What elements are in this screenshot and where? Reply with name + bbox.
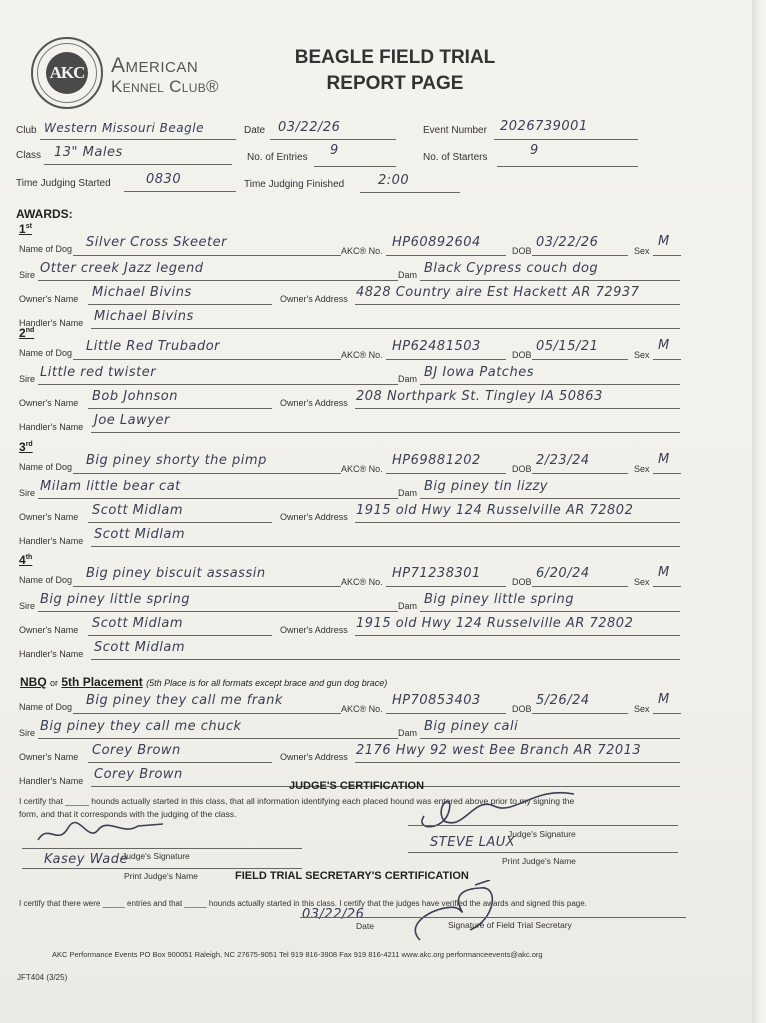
field-underline — [88, 635, 272, 636]
field-underline — [386, 255, 506, 256]
nbq-heading: NBQ or 5th Placement (5th Place is for a… — [20, 675, 387, 689]
field-underline — [73, 713, 341, 714]
place-number: 2 — [19, 326, 26, 340]
handlers-name-label: Handler's Name — [19, 649, 83, 659]
sire-label: Sire — [19, 374, 35, 384]
place-number: 1 — [19, 222, 26, 236]
owners-name-label: Owner's Name — [19, 398, 78, 408]
dog-name-field[interactable]: Big piney biscuit assassin — [86, 566, 266, 581]
handlers-name-label: Handler's Name — [19, 422, 83, 432]
placement-2-heading: 2nd — [19, 326, 34, 340]
dob-label: DOB — [512, 704, 532, 714]
dob-label: DOB — [512, 464, 532, 474]
field-underline — [653, 359, 681, 360]
field-underline — [532, 255, 628, 256]
field-underline — [38, 738, 398, 739]
handlers-name-label: Handler's Name — [19, 536, 83, 546]
owners-address-label: Owner's Address — [280, 294, 348, 304]
wordmark-line2: Kennel Club® — [111, 76, 219, 97]
owner-name-field[interactable]: Corey Brown — [92, 743, 181, 758]
field-underline — [532, 359, 628, 360]
dob-label: DOB — [512, 350, 532, 360]
judge2-signature-label: Judge's Signature — [508, 829, 576, 839]
field-underline — [88, 304, 272, 305]
field-underline — [91, 659, 680, 660]
name-of-dog-label: Name of Dog — [19, 244, 72, 254]
event-number-label: Event Number — [423, 125, 487, 136]
field-underline — [38, 498, 398, 499]
nbq-or: or — [50, 678, 58, 688]
field-underline — [386, 359, 506, 360]
field-underline — [73, 586, 341, 587]
dam-label: Dam — [398, 374, 417, 384]
fifth-placement-note: (5th Place is for all formats except bra… — [146, 678, 387, 688]
place-number: 3 — [19, 440, 26, 454]
field-underline — [386, 586, 506, 587]
dob-field[interactable]: 2/23/24 — [536, 453, 590, 468]
owner-name-field[interactable]: Scott Midlam — [92, 616, 183, 631]
secretary-date-field[interactable]: 03/22/26 — [302, 907, 364, 922]
owner-address-field[interactable]: 208 Northpark St. Tingley IA 50863 — [356, 389, 603, 404]
field-underline — [532, 473, 628, 474]
akc-no-label: AKC® No. — [341, 246, 383, 256]
field-underline — [91, 546, 680, 547]
field-underline — [420, 738, 680, 739]
handler-name-field[interactable]: Corey Brown — [94, 767, 183, 782]
nbq-title: NBQ — [20, 675, 47, 689]
field-underline — [91, 432, 680, 433]
sire-label: Sire — [19, 488, 35, 498]
owners-address-label: Owner's Address — [280, 512, 348, 522]
time-finished-field[interactable]: 2:00 — [378, 173, 409, 188]
field-underline — [355, 408, 680, 409]
entries-label: No. of Entries — [247, 152, 308, 163]
sire-field[interactable]: Otter creek Jazz legend — [40, 261, 203, 276]
entries-field[interactable]: 9 — [330, 143, 339, 158]
seal-monogram: AKC — [46, 52, 88, 94]
judge1-signature-label: Judge's Signature — [122, 851, 190, 861]
dam-label: Dam — [398, 601, 417, 611]
time-started-field[interactable]: 0830 — [146, 172, 181, 187]
dob-label: DOB — [512, 246, 532, 256]
date-label: Date — [244, 125, 265, 136]
field-underline — [386, 473, 506, 474]
sex-label: Sex — [634, 246, 650, 256]
sex-field[interactable]: M — [658, 234, 670, 249]
owner-address-field[interactable]: 4828 Country aire Est Hackett AR 72937 — [356, 285, 639, 300]
place-number: 4 — [19, 553, 26, 567]
handler-name-field[interactable]: Scott Midlam — [94, 527, 185, 542]
owner-address-field[interactable]: 1915 old Hwy 124 Russelville AR 72802 — [356, 616, 633, 631]
starters-label: No. of Starters — [423, 152, 487, 163]
field-underline — [653, 586, 681, 587]
dam-field[interactable]: Black Cypress couch dog — [424, 261, 598, 276]
handler-name-field[interactable]: Joe Lawyer — [94, 413, 170, 428]
sire-label: Sire — [19, 728, 35, 738]
field-underline — [88, 762, 272, 763]
paper-edge — [752, 0, 766, 1023]
judge1-signature[interactable] — [28, 818, 168, 848]
field-underline — [653, 255, 681, 256]
akc-no-label: AKC® No. — [341, 704, 383, 714]
field-underline — [420, 611, 680, 612]
owners-name-label: Owner's Name — [19, 294, 78, 304]
field-underline — [88, 408, 272, 409]
akc-number-field[interactable]: HP70853403 — [392, 693, 481, 708]
owners-address-label: Owner's Address — [280, 625, 348, 635]
owner-address-field[interactable]: 2176 Hwy 92 west Bee Branch AR 72013 — [356, 743, 641, 758]
dog-name-field[interactable]: Big piney they call me frank — [86, 693, 283, 708]
dog-name-field[interactable]: Silver Cross Skeeter — [86, 235, 227, 250]
sex-field[interactable]: M — [658, 565, 670, 580]
dam-label: Dam — [398, 728, 417, 738]
akc-number-field[interactable]: HP71238301 — [392, 566, 481, 581]
secretary-signature-label: Signature of Field Trial Secretary — [448, 920, 572, 930]
secretary-date-label: Date — [356, 921, 374, 931]
dob-label: DOB — [512, 577, 532, 587]
place-suffix: rd — [26, 441, 33, 448]
dob-field[interactable]: 5/26/24 — [536, 693, 590, 708]
title-line1: BEAGLE FIELD TRIAL — [250, 45, 540, 71]
sex-field[interactable]: M — [658, 452, 670, 467]
field-underline — [420, 384, 680, 385]
place-suffix: nd — [26, 327, 35, 334]
dog-name-field[interactable]: Big piney shorty the pimp — [86, 453, 267, 468]
placement-1-heading: 1st — [19, 222, 32, 236]
dob-field[interactable]: 05/15/21 — [536, 339, 598, 354]
dob-field[interactable]: 03/22/26 — [536, 235, 598, 250]
sire-field[interactable]: Big piney little spring — [40, 592, 190, 607]
akc-no-label: AKC® No. — [341, 464, 383, 474]
dam-label: Dam — [398, 488, 417, 498]
secretary-signature[interactable] — [400, 880, 530, 950]
field-underline — [420, 280, 680, 281]
field-underline — [355, 522, 680, 523]
dam-field[interactable]: Big piney cali — [424, 719, 518, 734]
name-of-dog-label: Name of Dog — [19, 702, 72, 712]
akc-number-field[interactable]: HP69881202 — [392, 453, 481, 468]
time-finished-label: Time Judging Finished — [244, 179, 344, 190]
owners-address-label: Owner's Address — [280, 398, 348, 408]
akc-no-label: AKC® No. — [341, 577, 383, 587]
dam-field[interactable]: Big piney little spring — [424, 592, 574, 607]
sire-label: Sire — [19, 270, 35, 280]
class-field[interactable]: 13" Males — [54, 145, 123, 160]
field-underline — [420, 498, 680, 499]
field-underline — [386, 713, 506, 714]
sire-field[interactable]: Milam little bear cat — [40, 479, 181, 494]
handlers-name-label: Handler's Name — [19, 776, 83, 786]
sex-label: Sex — [634, 704, 650, 714]
field-underline — [73, 473, 341, 474]
handler-name-field[interactable]: Scott Midlam — [94, 640, 185, 655]
club-label: Club — [16, 125, 37, 136]
owners-name-label: Owner's Name — [19, 625, 78, 635]
placement-3-heading: 3rd — [19, 440, 33, 454]
field-underline — [73, 255, 341, 256]
owners-name-label: Owner's Name — [19, 752, 78, 762]
owner-name-field[interactable]: Scott Midlam — [92, 503, 183, 518]
field-underline — [38, 384, 398, 385]
owner-name-field[interactable]: Bob Johnson — [92, 389, 178, 404]
sex-label: Sex — [634, 464, 650, 474]
owners-name-label: Owner's Name — [19, 512, 78, 522]
awards-heading: AWARDS: — [16, 207, 73, 221]
field-underline — [38, 611, 398, 612]
event-number-field[interactable]: 2026739001 — [500, 119, 588, 134]
field-underline — [355, 304, 680, 305]
wordmark-line1: American — [111, 55, 219, 76]
sire-field[interactable]: Little red twister — [40, 365, 156, 380]
judge1-printed-name[interactable]: Kasey Wade — [44, 852, 128, 867]
owner-address-field[interactable]: 1915 old Hwy 124 Russelville AR 72802 — [356, 503, 633, 518]
date-field[interactable]: 03/22/26 — [278, 120, 340, 135]
field-underline — [91, 328, 680, 329]
form-id: JFT404 (3/25) — [17, 973, 67, 982]
field-underline — [88, 522, 272, 523]
name-of-dog-label: Name of Dog — [19, 575, 72, 585]
akc-number-field[interactable]: HP60892604 — [392, 235, 481, 250]
sex-field[interactable]: M — [658, 692, 670, 707]
sex-field[interactable]: M — [658, 338, 670, 353]
sire-label: Sire — [19, 601, 35, 611]
title-line2: REPORT PAGE — [250, 71, 540, 97]
place-suffix: st — [26, 223, 32, 230]
sex-label: Sex — [634, 577, 650, 587]
sex-label: Sex — [634, 350, 650, 360]
dob-field[interactable]: 6/20/24 — [536, 566, 590, 581]
dog-name-field[interactable]: Little Red Trubador — [86, 339, 220, 354]
place-suffix: th — [26, 554, 33, 561]
field-underline — [532, 586, 628, 587]
club-field[interactable]: Western Missouri Beagle — [44, 121, 204, 135]
judge1-print-label: Print Judge's Name — [124, 871, 198, 881]
akc-number-field[interactable]: HP62481503 — [392, 339, 481, 354]
dam-field[interactable]: BJ Iowa Patches — [424, 365, 534, 380]
field-underline — [355, 635, 680, 636]
owner-name-field[interactable]: Michael Bivins — [92, 285, 192, 300]
starters-field[interactable]: 9 — [530, 143, 539, 158]
name-of-dog-label: Name of Dog — [19, 462, 72, 472]
fifth-placement-title: 5th Placement — [61, 675, 142, 689]
owners-address-label: Owner's Address — [280, 752, 348, 762]
class-label: Class — [16, 150, 41, 161]
page-title: BEAGLE FIELD TRIAL REPORT PAGE — [250, 45, 540, 97]
dam-field[interactable]: Big piney tin lizzy — [424, 479, 548, 494]
field-underline — [355, 762, 680, 763]
akc-seal-logo: AKC — [31, 37, 103, 109]
judge2-print-label: Print Judge's Name — [502, 856, 576, 866]
footer-contact: AKC Performance Events PO Box 900051 Ral… — [52, 950, 543, 959]
field-underline — [532, 713, 628, 714]
field-underline — [73, 359, 341, 360]
name-of-dog-label: Name of Dog — [19, 348, 72, 358]
akc-wordmark: American Kennel Club® — [111, 55, 219, 97]
field-underline — [38, 280, 398, 281]
judge2-printed-name[interactable]: STEVE LAUX — [430, 835, 515, 850]
field-underline — [653, 473, 681, 474]
handler-name-field[interactable]: Michael Bivins — [94, 309, 194, 324]
sire-field[interactable]: Big piney they call me chuck — [40, 719, 242, 734]
time-started-label: Time Judging Started — [16, 178, 111, 189]
dam-label: Dam — [398, 270, 417, 280]
field-underline — [653, 713, 681, 714]
akc-no-label: AKC® No. — [341, 350, 383, 360]
placement-4-heading: 4th — [19, 553, 32, 567]
